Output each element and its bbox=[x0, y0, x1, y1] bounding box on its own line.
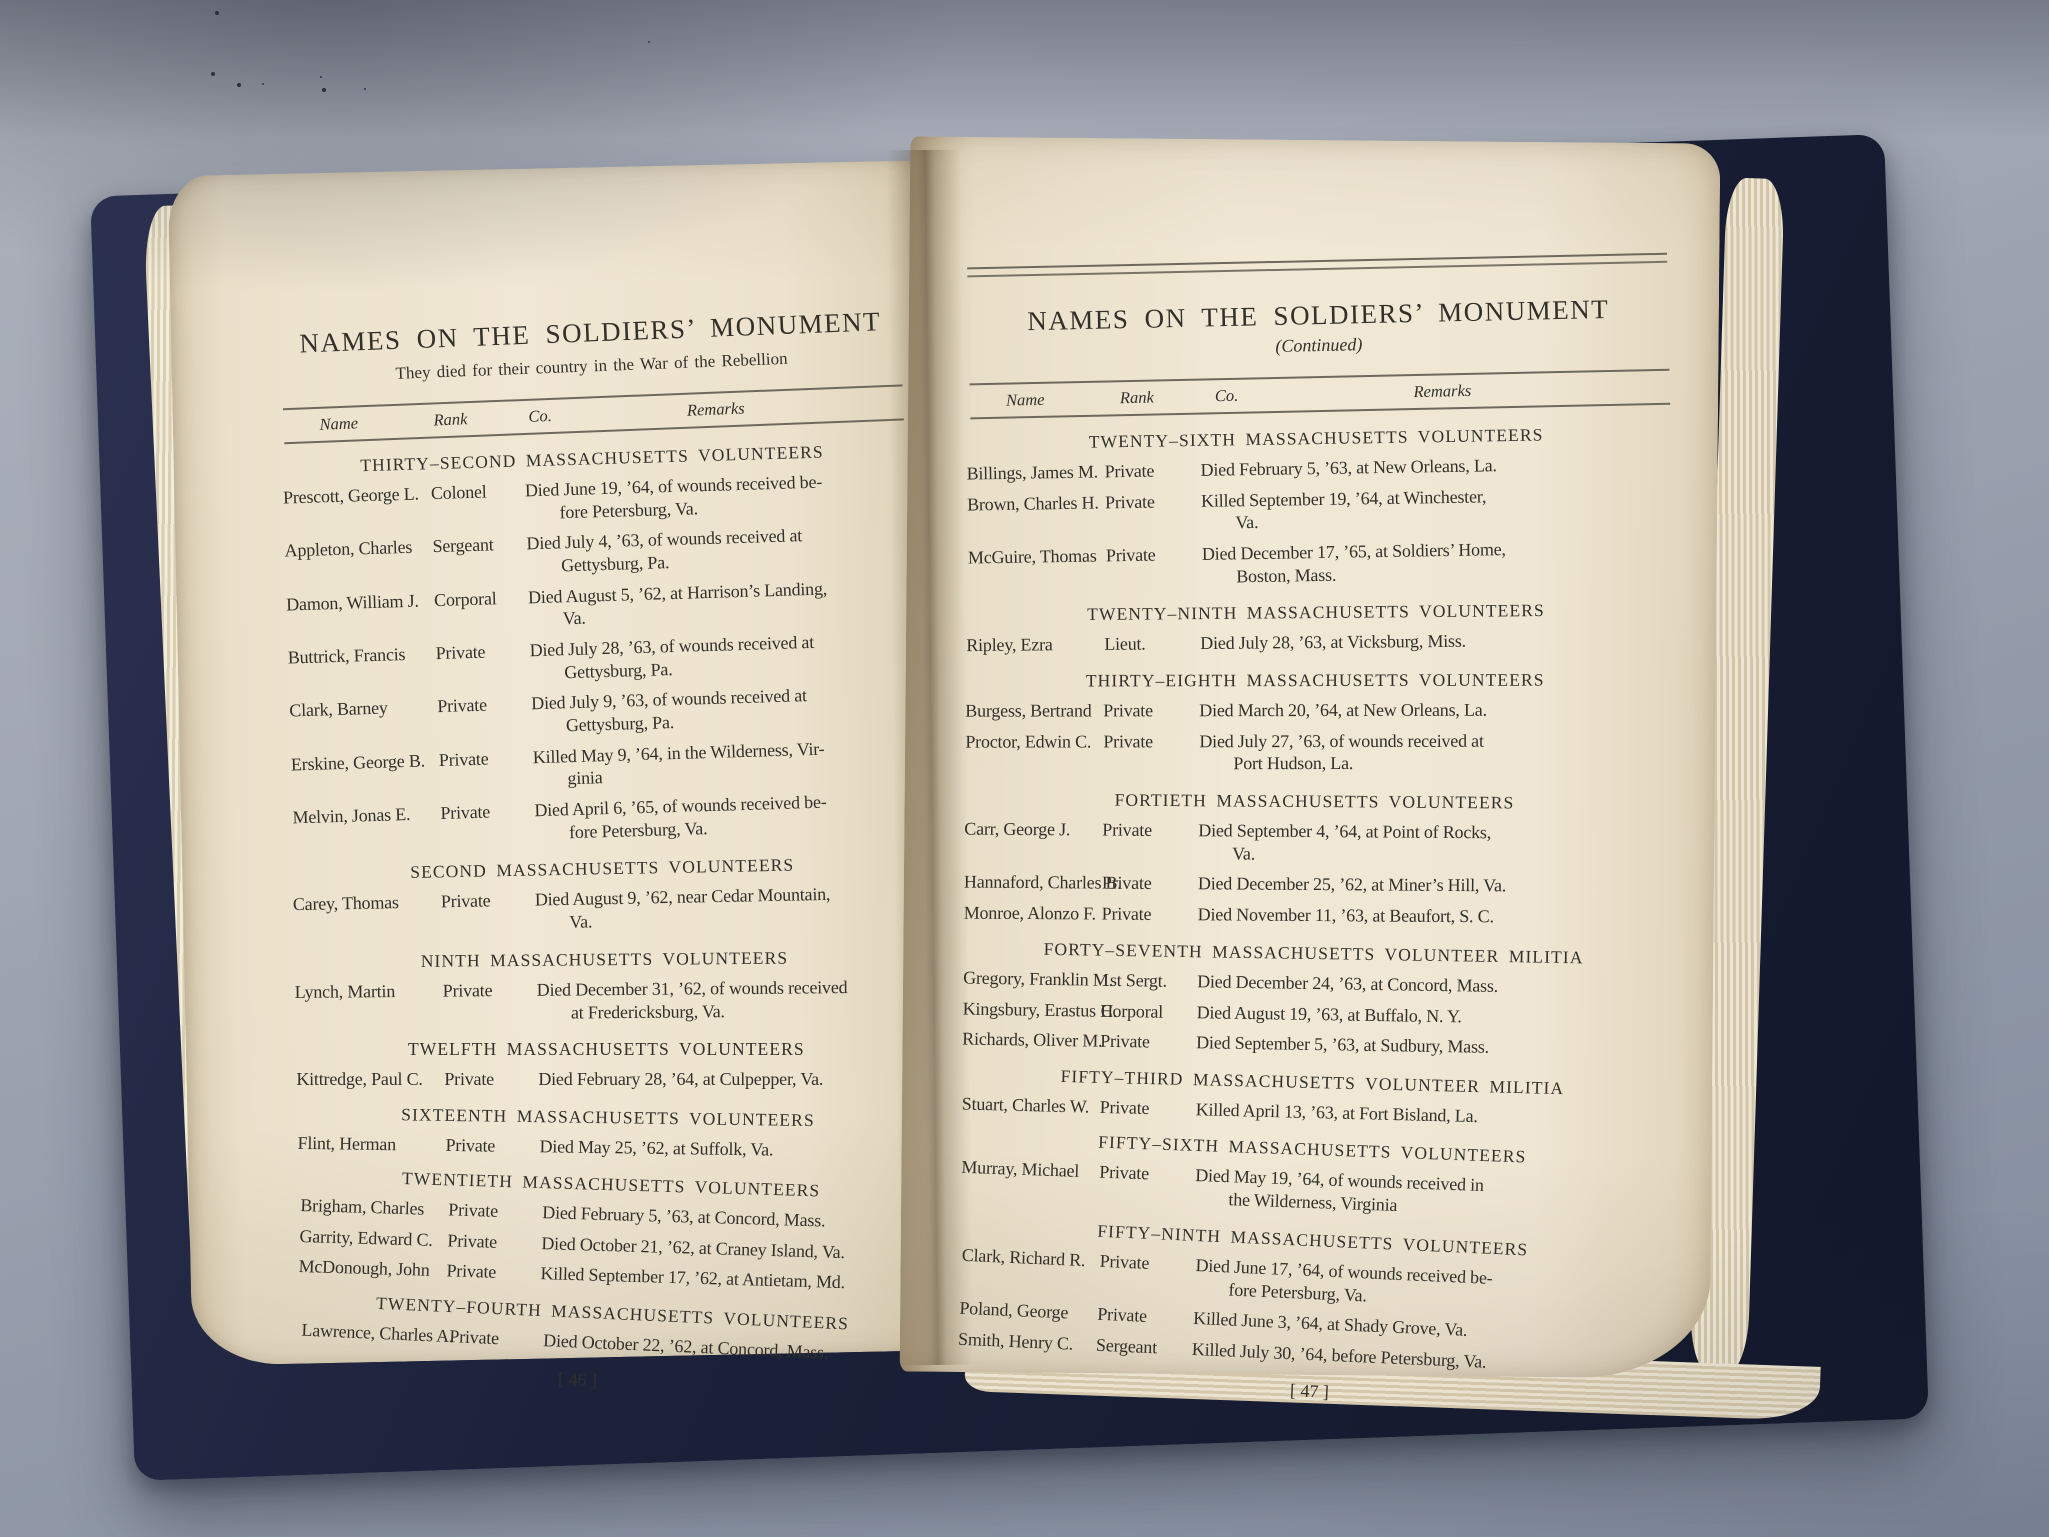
soldier-rank: Private bbox=[1102, 819, 1192, 865]
soldier-name: Lawrence, Charles A. bbox=[301, 1319, 444, 1348]
soldier-remarks: Died June 19, ’64, of wounds received be… bbox=[525, 468, 904, 525]
soldier-row: Kingsbury, Erastus H.CorporalDied August… bbox=[963, 997, 1663, 1031]
left-page-sections: THIRTY–SECOND MASSACHUSETTS VOLUNTEERSPr… bbox=[283, 442, 922, 1362]
regiment-section: FIFTY–THIRD MASSACHUSETTS VOLUNTEER MILI… bbox=[962, 1063, 1663, 1132]
soldier-row: Gregory, Franklin M.1st Sergt.Died Decem… bbox=[963, 966, 1663, 1000]
soldier-remarks: Killed May 9, ’64, in the Wilderness, Vi… bbox=[532, 735, 911, 792]
soldier-rank: Private bbox=[441, 889, 530, 936]
soldier-name: Gregory, Franklin M. bbox=[963, 966, 1095, 991]
soldier-rank: Private bbox=[1105, 490, 1196, 537]
soldier-rank: Private bbox=[1098, 1250, 1190, 1299]
soldier-rank: Private bbox=[449, 1326, 538, 1352]
soldier-name: Clark, Richard R. bbox=[960, 1244, 1094, 1295]
soldier-row: Clark, BarneyPrivateDied July 9, ’63, of… bbox=[289, 681, 910, 745]
soldier-remarks: Died February 5, ’63, at New Orleans, La… bbox=[1200, 452, 1666, 482]
soldier-row: Richards, Oliver M.PrivateDied September… bbox=[962, 1028, 1662, 1062]
column-header-remarks: Remarks bbox=[598, 392, 904, 424]
soldier-name: Melvin, Jonas E. bbox=[292, 802, 435, 852]
soldier-rank: Private bbox=[439, 746, 528, 794]
soldier-rank: Sergeant bbox=[432, 533, 521, 581]
soldier-row: Melvin, Jonas E.PrivateDied April 6, ’65… bbox=[292, 788, 913, 852]
soldier-name: Ripley, Ezra bbox=[966, 633, 1098, 657]
soldier-name: Lynch, Martin bbox=[295, 979, 437, 1026]
soldier-rank: Private bbox=[435, 640, 524, 688]
soldier-remarks: Died July 28, ’63, at Vicksburg, Miss. bbox=[1200, 628, 1666, 655]
column-header-name: Name bbox=[283, 410, 434, 436]
soldier-name: Hannaford, Charles B. bbox=[964, 871, 1096, 895]
soldier-rank: Private bbox=[1102, 872, 1192, 895]
soldier-rank: Private bbox=[444, 1068, 532, 1091]
soldier-remarks: Died August 19, ’63, at Buffalo, N. Y. bbox=[1196, 1001, 1662, 1031]
right-page-header: NAMES ON THE SOLDIERS’ MONUMENT (Continu… bbox=[967, 253, 1670, 420]
regiment-section: THIRTY–EIGHTH MASSACHUSETTS VOLUNTEERSBu… bbox=[965, 669, 1665, 775]
soldier-rank: Private bbox=[440, 799, 529, 847]
left-page: NAMES ON THE SOLDIERS’ MONUMENT They die… bbox=[168, 160, 963, 1366]
soldier-rank: Private bbox=[1103, 730, 1193, 776]
soldier-remarks: Died December 25, ’62, at Miner’s Hill, … bbox=[1198, 873, 1664, 899]
regiment-header: THIRTY–EIGHTH MASSACHUSETTS VOLUNTEERS bbox=[965, 669, 1665, 691]
soldier-name: Flint, Herman bbox=[297, 1132, 439, 1157]
column-header-rank: Rank bbox=[433, 407, 529, 431]
soldier-row: Burgess, BertrandPrivateDied March 20, ’… bbox=[965, 698, 1665, 722]
soldier-name: Brown, Charles H. bbox=[967, 491, 1100, 538]
soldier-rank: Private bbox=[1099, 1096, 1190, 1121]
soldier-row: Erskine, George B.PrivateKilled May 9, ’… bbox=[291, 735, 912, 799]
soldier-name: Kittredge, Paul C. bbox=[296, 1068, 438, 1091]
soldier-row: McGuire, ThomasPrivateDied December 17, … bbox=[968, 536, 1669, 592]
soldier-name: Stuart, Charles W. bbox=[962, 1092, 1095, 1118]
soldier-name: Burgess, Bertrand bbox=[965, 699, 1097, 722]
soldier-remarks: Died May 25, ’62, at Suffolk, Va. bbox=[539, 1135, 917, 1163]
right-page-sections: TWENTY–SIXTH MASSACHUSETTS VOLUNTEERSBil… bbox=[960, 425, 1668, 1369]
soldier-row: Damon, William J.CorporalDied August 5, … bbox=[286, 575, 907, 639]
soldier-row: Buttrick, FrancisPrivateDied July 28, ’6… bbox=[287, 628, 908, 692]
soldier-name: Kingsbury, Erastus H. bbox=[963, 997, 1095, 1022]
column-header-co: Co. bbox=[1215, 385, 1285, 406]
soldier-remarks: Died July 27, ’63, of wounds received at… bbox=[1199, 729, 1665, 775]
column-header-co: Co. bbox=[528, 404, 599, 427]
soldier-rank: Private bbox=[1106, 543, 1197, 590]
column-header-remarks: Remarks bbox=[1285, 377, 1670, 405]
regiment-section: THIRTY–SECOND MASSACHUSETTS VOLUNTEERSPr… bbox=[282, 439, 913, 852]
soldier-remarks: Died March 20, ’64, at New Orleans, La. bbox=[1199, 698, 1665, 721]
soldier-name: Clark, Barney bbox=[289, 696, 432, 746]
column-header-rank: Rank bbox=[1120, 386, 1215, 408]
soldier-rank: Private bbox=[1100, 1030, 1190, 1054]
soldier-remarks: Died November 11, ’63, at Beaufort, S. C… bbox=[1198, 903, 1664, 929]
soldier-name: Monroe, Alonzo F. bbox=[964, 902, 1096, 926]
soldier-rank: Private bbox=[1102, 903, 1192, 926]
soldier-row: Kittredge, Paul C.PrivateDied February 2… bbox=[296, 1068, 916, 1091]
soldier-remarks: Died July 28, ’63, of wounds received at… bbox=[529, 628, 908, 685]
soldier-rank: Private bbox=[448, 1199, 537, 1224]
regiment-header: SIXTEENTH MASSACHUSETTS VOLUNTEERS bbox=[298, 1103, 918, 1133]
soldier-rank: Corporal bbox=[1101, 999, 1191, 1023]
soldier-rank: Private bbox=[447, 1229, 536, 1254]
regiment-header: FORTY–SEVENTH MASSACHUSETTS VOLUNTEER MI… bbox=[963, 937, 1663, 969]
soldier-rank: Private bbox=[1097, 1303, 1188, 1330]
soldier-remarks: Died September 4, ’64, at Point of Rocks… bbox=[1198, 819, 1664, 868]
soldier-rank: Private bbox=[446, 1260, 535, 1285]
soldier-remarks: Died October 21, ’62, at Craney Island, … bbox=[541, 1232, 920, 1266]
soldier-row: Brown, Charles H.PrivateKilled September… bbox=[967, 482, 1668, 538]
soldier-name: Damon, William J. bbox=[286, 589, 429, 639]
regiment-header: TWENTY–SIXTH MASSACHUSETTS VOLUNTEERS bbox=[966, 423, 1666, 455]
soldier-remarks: Died February 28, ’64, at Culpepper, Va. bbox=[538, 1068, 916, 1091]
dust-specks bbox=[215, 11, 219, 15]
regiment-header: TWENTY–NINTH MASSACHUSETTS VOLUNTEERS bbox=[966, 599, 1666, 626]
soldier-remarks: Died April 6, ’65, of wounds received be… bbox=[534, 788, 913, 845]
column-header-name: Name bbox=[970, 388, 1120, 411]
regiment-section: TWELFTH MASSACHUSETTS VOLUNTEERSKittredg… bbox=[296, 1039, 916, 1091]
soldier-rank: Private bbox=[445, 1134, 533, 1158]
soldier-name: Brigham, Charles bbox=[300, 1194, 443, 1221]
left-page-header: NAMES ON THE SOLDIERS’ MONUMENT They die… bbox=[280, 305, 904, 444]
soldier-row: Carr, George J.PrivateDied September 4, … bbox=[964, 818, 1664, 868]
soldier-rank: Corporal bbox=[434, 586, 523, 634]
soldier-row: Proctor, Edwin C.PrivateDied July 27, ’6… bbox=[965, 729, 1665, 776]
soldier-rank: Private bbox=[1103, 699, 1193, 722]
soldier-remarks: Died July 4, ’63, of wounds received at … bbox=[526, 521, 905, 578]
soldier-row: Lynch, MartinPrivateDied December 31, ’6… bbox=[295, 975, 915, 1026]
regiment-section: SECOND MASSACHUSETTS VOLUNTEERSCarey, Th… bbox=[292, 853, 913, 939]
regiment-section: TWENTY–FOURTH MASSACHUSETTS VOLUNTEERSLa… bbox=[301, 1290, 923, 1369]
regiment-section: TWENTY–NINTH MASSACHUSETTS VOLUNTEERSRip… bbox=[966, 599, 1666, 657]
soldier-row: Ripley, EzraLieut.Died July 28, ’63, at … bbox=[966, 628, 1666, 657]
soldier-row: Prescott, George L.ColonelDied June 19, … bbox=[283, 468, 904, 532]
book-photo-scene: NAMES ON THE SOLDIERS’ MONUMENT They die… bbox=[0, 0, 2049, 1537]
soldier-remarks: Died December 17, ’65, at Soldiers’ Home… bbox=[1202, 536, 1669, 589]
soldier-name: Erskine, George B. bbox=[291, 749, 434, 799]
soldier-rank: Private bbox=[1104, 459, 1194, 483]
soldier-remarks: Died September 5, ’63, at Sudbury, Mass. bbox=[1196, 1031, 1662, 1061]
regiment-header: FORTIETH MASSACHUSETTS VOLUNTEERS bbox=[964, 789, 1664, 815]
soldier-name: McGuire, Thomas bbox=[968, 544, 1101, 591]
soldier-name: Appleton, Charles bbox=[284, 536, 427, 586]
soldier-remarks: Died December 24, ’63, at Concord, Mass. bbox=[1197, 970, 1663, 1000]
soldier-row: Billings, James M.PrivateDied February 5… bbox=[966, 452, 1666, 486]
top-double-rule bbox=[967, 253, 1667, 278]
regiment-section: FORTIETH MASSACHUSETTS VOLUNTEERSCarr, G… bbox=[964, 789, 1665, 930]
regiment-header: TWELFTH MASSACHUSETTS VOLUNTEERS bbox=[296, 1039, 916, 1060]
regiment-section: TWENTY–SIXTH MASSACHUSETTS VOLUNTEERSBil… bbox=[966, 423, 1668, 592]
soldier-name: McDonough, John bbox=[298, 1256, 441, 1283]
soldier-name: Carey, Thomas bbox=[293, 891, 436, 939]
right-page: NAMES ON THE SOLDIERS’ MONUMENT (Continu… bbox=[900, 136, 1721, 1378]
soldier-remarks: Died August 5, ’62, at Harrison’s Landin… bbox=[528, 575, 907, 632]
soldier-rank: Private bbox=[437, 693, 526, 741]
soldier-remarks: Killed September 19, ’64, at Winchester,… bbox=[1201, 482, 1668, 535]
regiment-section: FORTY–SEVENTH MASSACHUSETTS VOLUNTEER MI… bbox=[962, 937, 1664, 1061]
column-headers: Name Rank Co. Remarks bbox=[970, 369, 1671, 420]
soldier-name: Richards, Oliver M. bbox=[962, 1028, 1094, 1053]
soldier-row: Carey, ThomasPrivateDied August 9, ’62, … bbox=[293, 882, 914, 939]
soldier-rank: 1st Sergt. bbox=[1101, 968, 1191, 992]
soldier-name: Poland, George bbox=[959, 1297, 1092, 1325]
soldier-remarks: Died May 19, ’64, of wounds received in … bbox=[1194, 1164, 1661, 1226]
soldier-rank: Private bbox=[1098, 1161, 1190, 1209]
soldier-remarks: Died August 9, ’62, near Cedar Mountain,… bbox=[535, 882, 914, 935]
regiment-section: NINTH MASSACHUSETTS VOLUNTEERSLynch, Mar… bbox=[294, 946, 915, 1026]
regiment-section: FIFTY–SIXTH MASSACHUSETTS VOLUNTEERSMurr… bbox=[960, 1127, 1662, 1226]
regiment-header: SECOND MASSACHUSETTS VOLUNTEERS bbox=[292, 853, 912, 886]
soldier-name: Murray, Michael bbox=[960, 1156, 1094, 1206]
soldier-name: Buttrick, Francis bbox=[287, 642, 430, 692]
soldier-name: Garrity, Edward C. bbox=[299, 1225, 442, 1252]
regiment-header: NINTH MASSACHUSETTS VOLUNTEERS bbox=[294, 946, 914, 972]
soldier-name: Proctor, Edwin C. bbox=[965, 730, 1097, 776]
soldier-row: Appleton, CharlesSergeantDied July 4, ’6… bbox=[284, 521, 905, 585]
soldier-name: Carr, George J. bbox=[964, 818, 1096, 864]
column-headers: Name Rank Co. Remarks bbox=[283, 384, 904, 444]
soldier-remarks: Died December 31, ’62, of wounds receive… bbox=[537, 975, 915, 1024]
soldier-remarks: Died February 5, ’63, at Concord, Mass. bbox=[542, 1202, 921, 1236]
regiment-section: FIFTY–NINTH MASSACHUSETTS VOLUNTEERSClar… bbox=[958, 1215, 1663, 1381]
soldier-name: Prescott, George L. bbox=[283, 482, 426, 532]
soldier-remarks: Died October 22, ’62, at Concord, Mass. bbox=[543, 1330, 922, 1369]
regiment-section: TWENTIETH MASSACHUSETTS VOLUNTEERSBrigha… bbox=[298, 1165, 921, 1296]
soldier-remarks: Killed April 13, ’63, at Fort Bisland, L… bbox=[1195, 1098, 1661, 1132]
regiment-section: SIXTEENTH MASSACHUSETTS VOLUNTEERSFlint,… bbox=[297, 1103, 918, 1163]
soldier-row: Hannaford, Charles B.PrivateDied Decembe… bbox=[964, 871, 1664, 899]
soldier-row: Monroe, Alonzo F.PrivateDied November 11… bbox=[964, 902, 1664, 930]
soldier-remarks: Killed September 17, ’62, at Antietam, M… bbox=[540, 1263, 919, 1297]
soldier-name: Smith, Henry C. bbox=[958, 1327, 1091, 1355]
soldier-remarks: Died July 9, ’63, of wounds received at … bbox=[531, 681, 910, 738]
soldier-rank: Colonel bbox=[431, 480, 520, 528]
soldier-name: Billings, James M. bbox=[966, 460, 1098, 485]
soldier-rank: Sergeant bbox=[1096, 1334, 1187, 1361]
soldier-rank: Private bbox=[443, 979, 531, 1025]
soldier-row: Flint, HermanPrivateDied May 25, ’62, at… bbox=[297, 1132, 917, 1163]
soldier-rank: Lieut. bbox=[1104, 632, 1194, 655]
